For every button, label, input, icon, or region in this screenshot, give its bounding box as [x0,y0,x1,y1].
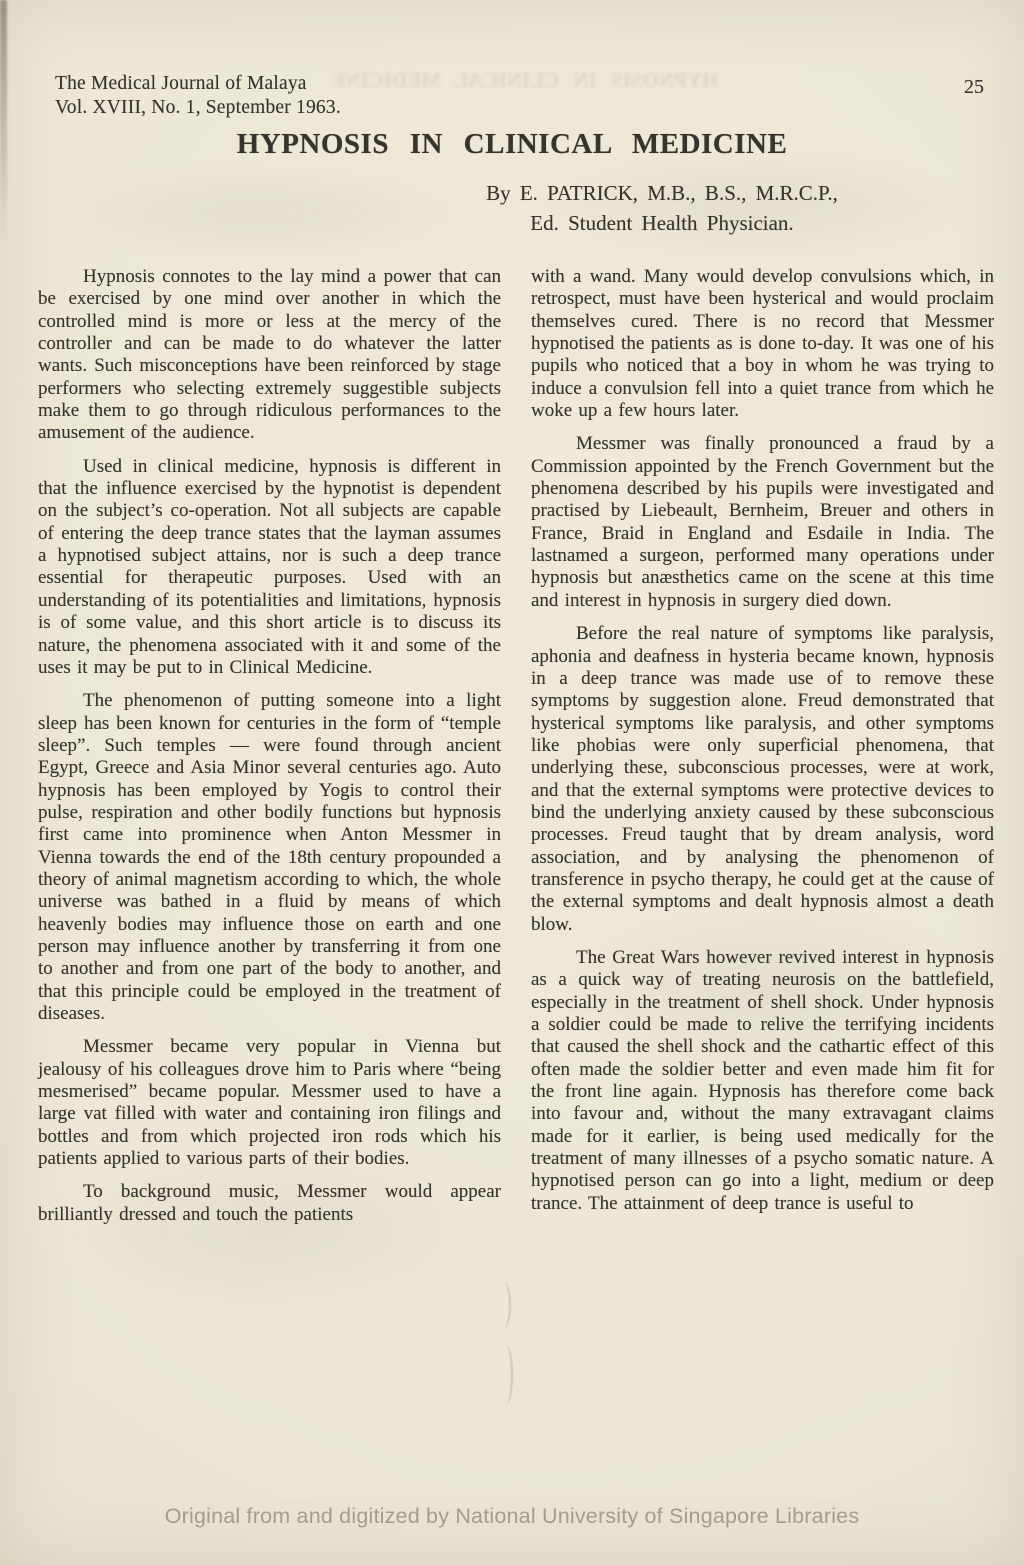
paragraph: Hypnosis connotes to the lay mind a powe… [38,266,501,445]
left-column: Hypnosis connotes to the lay mind a powe… [38,266,501,1237]
right-column: with a wand. Many would develop convulsi… [531,266,994,1237]
byline: By E. PATRICK, M.B., B.S., M.R.C.P., Ed.… [300,179,1024,238]
byline-role: Ed. Student Health Physician. [300,209,1024,239]
paragraph: Before the real nature of symptoms like … [531,623,994,936]
paragraph: To background music, Messmer would appea… [38,1181,501,1226]
article-body: Hypnosis connotes to the lay mind a powe… [38,266,994,1237]
paragraph: The phenomenon of putting someone into a… [38,690,501,1025]
paragraph: Used in clinical medicine, hypnosis is d… [38,456,501,679]
digitization-credit: Original from and digitized by National … [0,1504,1024,1529]
paragraph: The Great Wars however revived interest … [531,947,994,1215]
byline-author: By E. PATRICK, M.B., B.S., M.R.C.P., [300,179,1024,209]
scan-edge-artifact [0,0,7,240]
article-title: HYPNOSIS IN CLINICAL MEDICINE [0,128,1024,161]
bleed-through-title: HYPNOSIS IN CLINICAL MEDICINE [290,68,760,93]
masthead: The Medical Journal of Malaya Vol. XVIII… [55,72,341,119]
paragraph: Messmer became very popular in Vienna bu… [38,1036,501,1170]
scanned-journal-page: HYPNOSIS IN CLINICAL MEDICINE The Medica… [0,0,1024,1565]
journal-volume-line: Vol. XVIII, No. 1, September 1963. [55,96,341,120]
journal-name: The Medical Journal of Malaya [55,72,341,96]
pencil-mark-artifact [499,1345,513,1405]
pencil-mark-artifact [497,1282,511,1328]
paragraph: Messmer was finally pronounced a fraud b… [531,433,994,612]
paragraph-continuation: with a wand. Many would develop convulsi… [531,266,994,422]
page-number: 25 [964,76,984,99]
